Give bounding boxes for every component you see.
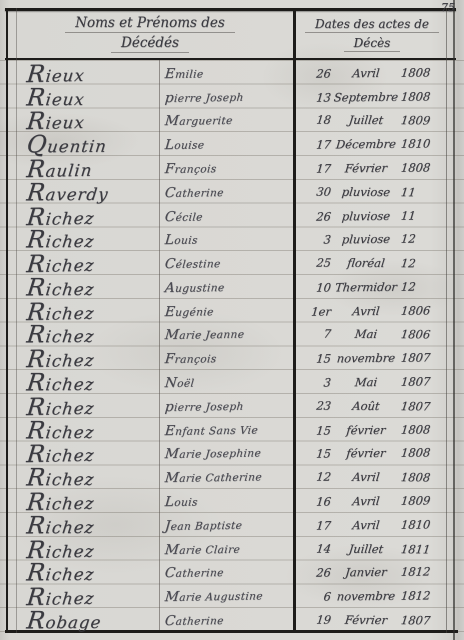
- record-death-year: 1806: [398, 328, 456, 342]
- record-death-date: 26 Avril 1808: [294, 65, 455, 81]
- record-given-name: Louis: [158, 492, 296, 510]
- record-death-date: 1er Avril 1806: [294, 303, 455, 319]
- record-death-date: 26 pluviose 11: [294, 208, 455, 224]
- record-death-month: novembre: [332, 589, 399, 604]
- record-row: Richez Marie Jeanne 7 Mai 1806: [7, 323, 455, 347]
- record-surname: Robage: [5, 605, 160, 634]
- record-death-date: 17 Février 1808: [294, 160, 455, 176]
- record-given-name: Marie Augustine: [158, 587, 296, 605]
- record-given-name: Jean Baptiste: [158, 516, 296, 534]
- record-given-name: Louis: [158, 230, 296, 248]
- names-header-line2: Décédés: [111, 35, 189, 53]
- record-death-month: Septembre: [332, 89, 399, 104]
- record-given-name: Enfant Sans Vie: [158, 420, 296, 438]
- record-row: Richez Eugénie 1er Avril 1806: [7, 299, 455, 323]
- record-row: Rieux Marguerite 18 Juillet 1809: [7, 109, 455, 133]
- record-death-month: Mai: [332, 375, 399, 390]
- record-row: Richez Noël 3 Mai 1807: [7, 370, 455, 394]
- record-death-day: 25: [294, 256, 334, 270]
- record-row: Richez Enfant Sans Vie 15 février 1808: [7, 418, 455, 442]
- record-death-date: 17 Avril 1810: [294, 517, 455, 533]
- record-death-date: 3 Mai 1807: [294, 374, 455, 390]
- record-row: Robage Catherine 19 Février 1807: [7, 608, 455, 632]
- record-death-month: Avril: [332, 517, 399, 532]
- record-death-date: 18 Juillet 1809: [294, 113, 455, 128]
- record-death-date: 15 février 1808: [294, 446, 455, 462]
- record-death-month: Mai: [332, 327, 400, 341]
- record-death-day: 15: [294, 447, 333, 461]
- record-row: Rieux pierre Joseph 13 Septembre 1808: [7, 85, 455, 109]
- record-death-day: 17: [294, 518, 333, 532]
- record-death-date: 25 floréal 12: [294, 256, 455, 271]
- table-border-top: [5, 8, 456, 11]
- record-death-month: Février: [332, 613, 400, 627]
- record-death-day: 3: [294, 375, 333, 389]
- record-death-day: 17: [294, 138, 333, 152]
- record-death-day: 26: [294, 66, 333, 80]
- record-given-name: Marie Josephine: [158, 444, 296, 462]
- record-death-month: Avril: [332, 303, 399, 318]
- record-given-name: François: [158, 159, 296, 177]
- names-column-header: Noms et Prénoms des Décédés: [7, 13, 293, 53]
- record-row: Raulin François 17 Février 1808: [7, 156, 455, 180]
- record-given-name: Célestine: [158, 254, 296, 272]
- record-death-day: 1er: [294, 304, 333, 318]
- record-death-year: 1811: [398, 542, 456, 556]
- records-list: Rieux Emilie 26 Avril 1808 Rieux pierre …: [7, 61, 455, 632]
- record-death-year: 1808: [398, 470, 456, 484]
- record-row: Richez Jean Baptiste 17 Avril 1810: [7, 513, 455, 537]
- record-death-date: 19 Février 1807: [294, 612, 455, 627]
- register-scan-page: 75 Noms et Prénoms des Décédés Dates des…: [0, 0, 464, 640]
- record-row: Richez Augustine 10 Thermidor 12: [7, 275, 455, 299]
- record-death-year: 1810: [398, 517, 455, 532]
- record-row: Richez Marie Claire 14 Juillet 1811: [7, 537, 455, 561]
- record-death-month: Juillet: [332, 541, 400, 555]
- record-given-name: Catherine: [158, 183, 296, 201]
- record-row: Richez Cécile 26 pluviose 11: [7, 204, 455, 228]
- dates-column-header: Dates des actes de Décès: [298, 15, 446, 53]
- record-death-day: 26: [294, 566, 333, 580]
- record-death-date: 6 novembre 1812: [294, 588, 455, 604]
- record-death-date: 15 novembre 1807: [294, 350, 455, 366]
- record-death-day: 13: [294, 90, 333, 104]
- record-given-name: Marie Jeanne: [158, 325, 296, 343]
- record-death-date: 12 Avril 1808: [294, 470, 455, 485]
- record-given-name: François: [158, 349, 296, 367]
- record-given-name: Louise: [158, 135, 296, 153]
- record-death-day: 17: [294, 161, 333, 175]
- record-death-year: 11: [398, 185, 456, 199]
- record-given-name: Augustine: [158, 278, 296, 296]
- record-row: Richez Louis 3 pluviose 12: [7, 227, 455, 251]
- names-header-line1: Noms et Prénoms des: [65, 15, 235, 33]
- record-death-year: 1808: [398, 446, 455, 461]
- record-death-date: 30 pluviose 11: [294, 184, 455, 199]
- record-row: Richez Catherine 26 Janvier 1812: [7, 560, 455, 584]
- record-death-day: 30: [294, 184, 334, 198]
- record-death-year: 1808: [398, 89, 455, 104]
- record-death-year: 1807: [398, 613, 456, 627]
- record-death-date: 23 Août 1807: [294, 398, 455, 413]
- record-given-name: Marguerite: [158, 111, 296, 129]
- record-given-name: Eugénie: [158, 302, 296, 320]
- record-death-date: 16 Avril 1809: [294, 493, 455, 509]
- record-death-year: 1807: [398, 374, 455, 389]
- record-death-date: 7 Mai 1806: [294, 327, 455, 342]
- record-death-month: pluviose: [332, 208, 399, 223]
- record-death-year: 1808: [398, 422, 455, 437]
- record-row: Rieux Emilie 26 Avril 1808: [7, 61, 455, 85]
- record-death-day: 14: [294, 541, 334, 555]
- page-number: 75: [441, 1, 455, 14]
- record-death-year: 1807: [398, 350, 455, 365]
- record-death-month: Avril: [332, 494, 399, 509]
- record-death-day: 6: [294, 590, 333, 604]
- record-death-year: 11: [398, 208, 455, 223]
- record-death-date: 10 Thermidor 12: [294, 279, 455, 295]
- record-death-date: 17 Décembre 1810: [294, 136, 455, 152]
- record-row: Raverdy Catherine 30 pluviose 11: [7, 180, 455, 204]
- record-death-day: 7: [294, 327, 334, 341]
- record-death-day: 19: [294, 612, 334, 626]
- record-given-name: pierre Joseph: [158, 87, 296, 105]
- record-death-year: 1808: [398, 160, 455, 175]
- record-given-name: Noël: [158, 373, 296, 391]
- record-death-year: 1812: [398, 564, 455, 579]
- record-death-month: février: [332, 422, 399, 437]
- record-death-date: 26 Janvier 1812: [294, 564, 455, 580]
- record-death-month: Juillet: [332, 113, 400, 127]
- record-row: Richez François 15 novembre 1807: [7, 346, 455, 370]
- record-death-year: 1809: [398, 493, 455, 508]
- dates-header-line2: Décès: [344, 36, 401, 52]
- record-death-day: 16: [294, 494, 333, 508]
- record-death-month: pluviose: [332, 185, 400, 199]
- record-death-year: 12: [398, 256, 456, 270]
- record-death-month: Avril: [332, 470, 400, 484]
- record-death-year: 1807: [398, 399, 456, 413]
- record-death-date: 13 Septembre 1808: [294, 89, 455, 105]
- record-death-month: novembre: [332, 351, 399, 366]
- record-death-day: 3: [294, 233, 333, 247]
- record-death-date: 14 Juillet 1811: [294, 541, 455, 556]
- record-row: Richez Célestine 25 floréal 12: [7, 251, 455, 275]
- record-row: Richez Louis 16 Avril 1809: [7, 489, 455, 513]
- record-given-name: Cécile: [158, 206, 296, 224]
- record-death-year: 1806: [398, 303, 455, 318]
- record-given-name: Marie Claire: [158, 539, 296, 557]
- record-death-month: Avril: [332, 66, 399, 81]
- record-death-date: 15 février 1808: [294, 422, 455, 438]
- record-death-year: 1810: [398, 136, 455, 151]
- record-death-month: pluviose: [332, 232, 399, 247]
- record-row: Richez Marie Josephine 15 février 1808: [7, 442, 455, 466]
- record-death-day: 26: [294, 209, 333, 223]
- record-death-year: 12: [398, 279, 455, 294]
- record-given-name: Catherine: [158, 611, 296, 629]
- record-row: Richez pierre Joseph 23 Août 1807: [7, 394, 455, 418]
- record-death-year: 1809: [398, 114, 456, 128]
- record-death-month: février: [332, 446, 399, 461]
- record-death-day: 10: [294, 280, 333, 294]
- record-death-year: 1812: [398, 588, 455, 603]
- record-death-year: 12: [398, 232, 455, 247]
- record-given-name: Marie Catherine: [158, 468, 296, 486]
- record-given-name: pierre Joseph: [158, 397, 296, 415]
- record-given-name: Emilie: [158, 64, 296, 82]
- dates-header-line1: Dates des actes de: [305, 17, 439, 33]
- record-death-year: 1808: [398, 65, 455, 80]
- record-row: Richez Marie Catherine 12 Avril 1808: [7, 465, 455, 489]
- record-death-day: 23: [294, 398, 334, 412]
- record-death-month: Thermidor: [332, 280, 399, 295]
- record-death-day: 15: [294, 423, 333, 437]
- record-death-month: floréal: [332, 256, 400, 270]
- record-given-name: Catherine: [158, 563, 296, 581]
- record-death-day: 15: [294, 352, 333, 366]
- record-death-month: Décembre: [332, 137, 399, 152]
- record-death-day: 18: [294, 113, 334, 127]
- record-row: Richez Marie Augustine 6 novembre 1812: [7, 584, 455, 608]
- record-row: Quentin Louise 17 Décembre 1810: [7, 132, 455, 156]
- record-death-month: Janvier: [332, 565, 399, 580]
- record-death-month: Février: [332, 161, 399, 176]
- record-death-month: Août: [332, 399, 400, 413]
- record-death-day: 12: [294, 470, 334, 484]
- record-death-date: 3 pluviose 12: [294, 232, 455, 248]
